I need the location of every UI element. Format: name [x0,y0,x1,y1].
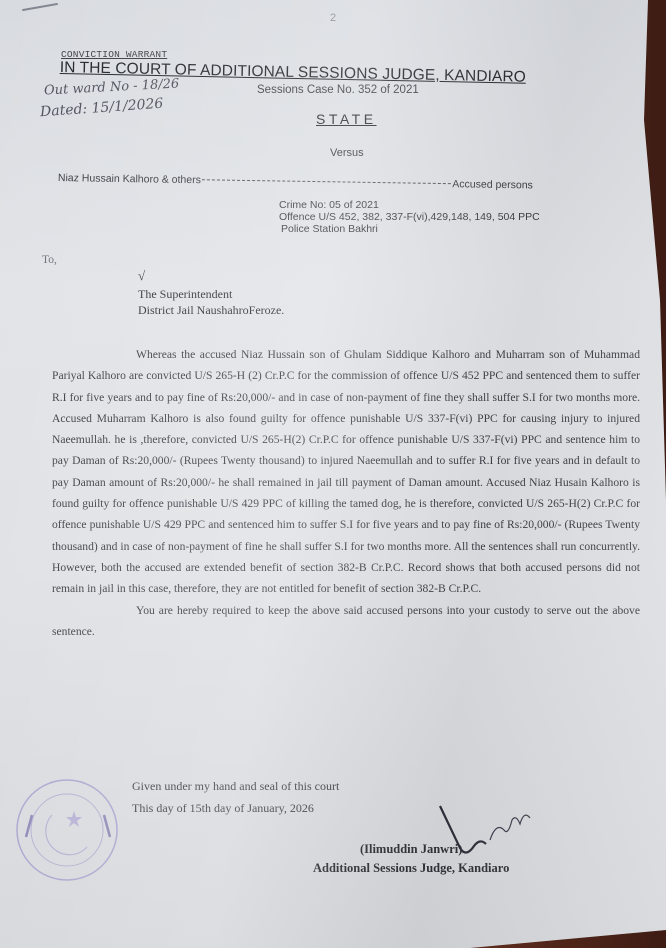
to-label: To, [42,254,57,266]
warrant-body: Whereas the accused Niaz Hussain son of … [52,344,640,642]
judge-name: (Ilimuddin Janwri) [313,840,509,859]
given-line: Given under my hand and seal of this cou… [132,775,339,797]
tick-mark-icon: √ [138,268,145,284]
police-station: Police Station Bakhri [279,223,540,235]
handwritten-date: Dated: 15/1/2026 [40,96,164,121]
judge-signature-block: (Ilimuddin Janwri) Additional Sessions J… [313,840,509,878]
pen-mark [22,3,58,11]
page-number: 2 [330,12,336,24]
offence-sections: Offence U/S 452, 382, 337-F(vi),429,148,… [279,211,540,223]
party-state: STATE [316,111,377,127]
body-paragraph: Whereas the accused Niaz Hussain son of … [52,344,640,600]
dashed-leader [202,179,451,184]
case-number: Sessions Case No. 352 of 2021 [257,84,419,96]
issue-date-line: This day of 15th day of January, 2026 [132,797,339,819]
given-under-seal: Given under my hand and seal of this cou… [132,775,339,819]
court-seal-stamp-icon [12,775,122,885]
accused-name: Niaz Hussain Kalhoro & others [58,172,201,186]
crime-details: Crime No: 05 of 2021 Offence U/S 452, 38… [279,199,540,235]
document-page: 2 CONVICTION WARRANT IN THE COURT OF ADD… [0,0,666,948]
versus-label: Versus [330,147,364,159]
addressee: The Superintendent District Jail Naushah… [138,286,284,318]
addressee-title: The Superintendent [138,286,284,302]
judge-designation: Additional Sessions Judge, Kandiaro [313,859,509,878]
document-type: CONVICTION WARRANT [61,49,167,60]
accused-label: Accused persons [452,178,533,191]
crime-number: Crime No: 05 of 2021 [279,199,540,211]
addressee-office: District Jail NaushahroFeroze. [138,302,284,318]
body-paragraph: You are hereby required to keep the abov… [52,600,640,643]
accused-line: Niaz Hussain Kalhoro & others Accused pe… [58,172,533,191]
